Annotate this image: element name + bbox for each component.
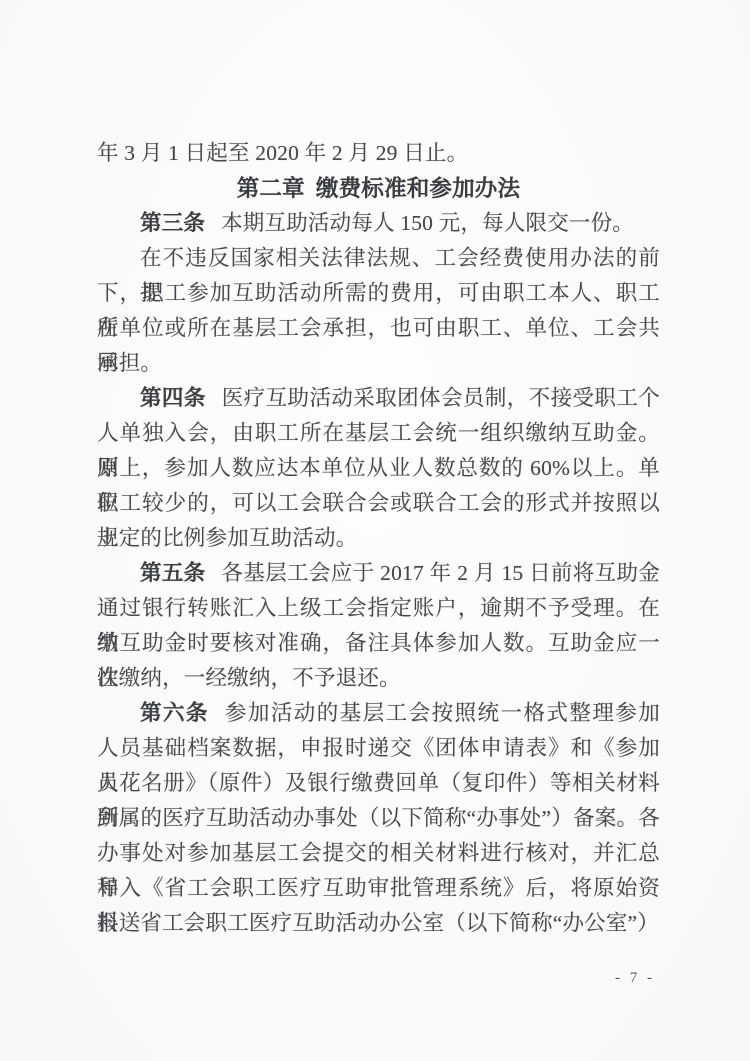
chapter-heading: 第二章缴费标准和参加办法: [97, 171, 660, 206]
text-line: 在单位或所在基层工会承担，也可由职工、单位、工会共同: [97, 311, 660, 346]
text-line: 下，职工参加互助活动所需的费用，可由职工本人、职工所: [97, 276, 660, 311]
text-line: 导入《省工会职工医疗互助审批管理系统》后，将原始资料: [97, 871, 660, 906]
text-line: 参加活动的基层工会按照统一格式整理参加: [225, 701, 660, 725]
page-number: - 7 -: [615, 970, 655, 987]
article-4-label: 第四条: [140, 386, 206, 410]
text-line: 各基层工会应于 2017 年 2 月 15 日前将互助金: [222, 561, 660, 585]
text-line: 通过银行转账汇入上级工会指定账户，逾期不予受理。在缴: [97, 591, 660, 626]
text-line: 医疗互助活动采取团体会员制，不接受职工个: [222, 386, 660, 410]
article-4-lead-line: 第四条医疗互助活动采取团体会员制，不接受职工个: [97, 381, 660, 416]
text-line: 承担。: [97, 346, 660, 381]
text-line: 规定的比例参加互助活动。: [97, 521, 660, 556]
text-line: 在不违反国家相关法律法规、工会经费使用办法的前提: [97, 241, 660, 276]
continuation-text-line: 年 3 月 1 日起至 2020 年 2 月 29 日止。: [97, 136, 660, 171]
chapter-title: 缴费标准和参加办法: [316, 176, 520, 201]
text-line: 报送省工会职工医疗互助活动办公室（以下简称“办公室”）: [97, 906, 660, 941]
article-6-lead-line: 第六条参加活动的基层工会按照统一格式整理参加: [97, 696, 660, 731]
text-line: 人员基础档案数据，申报时递交《团体申请表》和《参加人: [97, 731, 660, 766]
text-line: 人单独入会，由职工所在基层工会统一组织缴纳互助金。原: [97, 416, 660, 451]
article-6-label: 第六条: [140, 701, 209, 725]
text-line: 纳互助金时要核对准确，备注具体参加人数。互助金应一次: [97, 626, 660, 661]
text-line: 办事处对参加基层工会提交的相关材料进行核对，并汇总和: [97, 836, 660, 871]
chapter-number: 第二章: [237, 176, 305, 201]
article-5-lead-line: 第五条各基层工会应于 2017 年 2 月 15 日前将互助金: [97, 556, 660, 591]
text-line: 本期互助活动每人 150 元，每人限交一份。: [221, 211, 634, 235]
text-line: 则上，参加人数应达本单位从业人数总数的 60%以上。单位: [97, 451, 660, 486]
text-line: 性缴纳，一经缴纳，不予退还。: [97, 661, 660, 696]
text-line: 职工较少的，可以工会联合会或联合工会的形式并按照以上: [97, 486, 660, 521]
article-3-label: 第三条: [140, 211, 205, 235]
article-3-lead-line: 第三条本期互助活动每人 150 元，每人限交一份。: [97, 206, 660, 241]
text-line: 员花名册》（原件）及银行缴费回单（复印件）等相关材料到: [97, 766, 660, 801]
text-line: 所属的医疗互助活动办事处（以下简称“办事处”）备案。各: [97, 801, 660, 836]
article-5-label: 第五条: [140, 561, 206, 585]
document-body: 年 3 月 1 日起至 2020 年 2 月 29 日止。 第二章缴费标准和参加…: [97, 136, 660, 941]
